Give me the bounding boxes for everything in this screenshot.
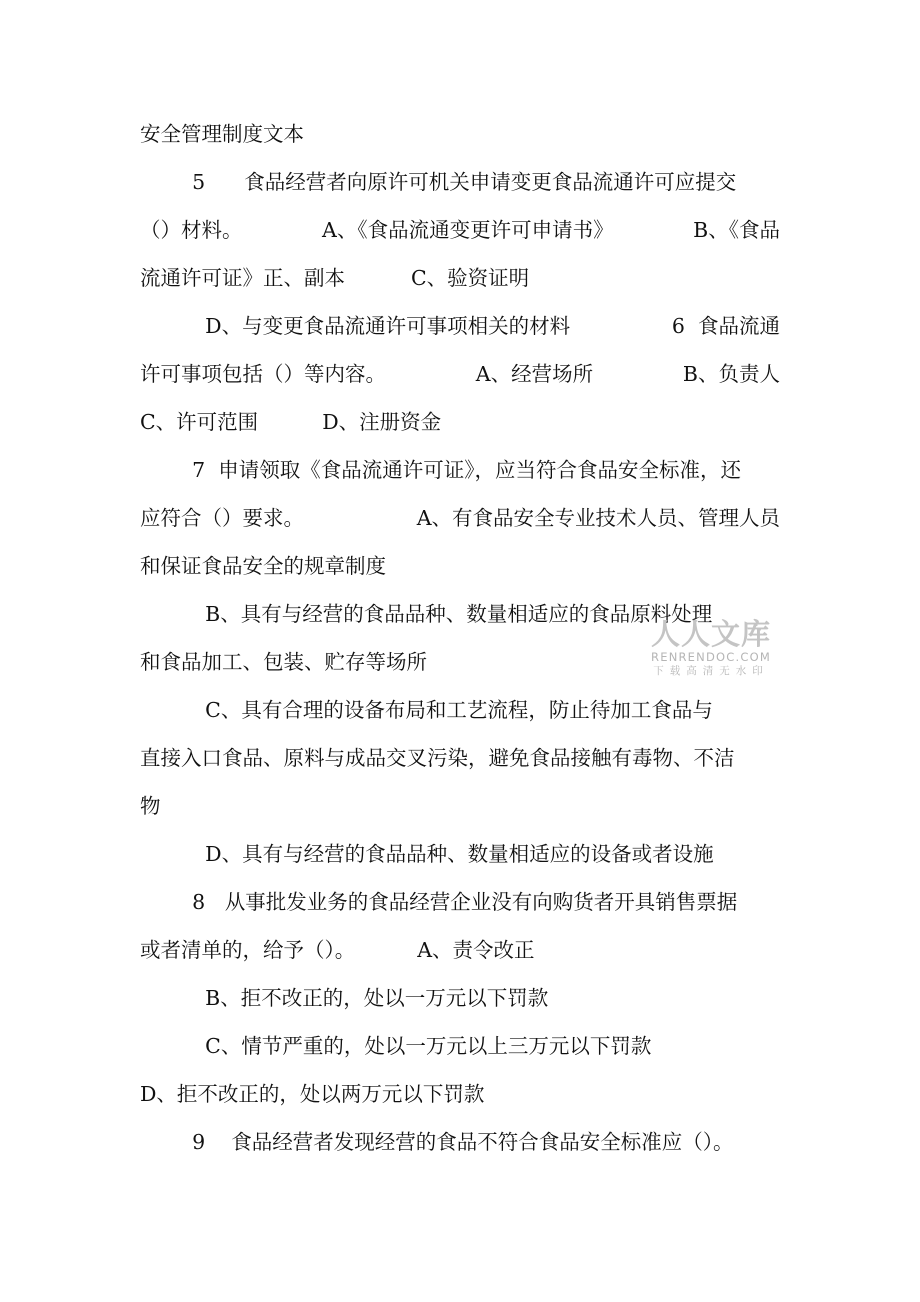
option-a: A、《食品流通变更许可申请书》 [322,218,614,242]
text-line: 7 申请领取《食品流通许可证》，应当符合食品安全标准，还 [140,458,741,482]
question-8-option-c: C、情节严重的，处以一万元以上三万元以下罚款 [140,1034,780,1058]
question-5-stem: 5 食品经营者向原许可机关申请变更食品流通许可应提交 [140,170,780,194]
option-a: A、有食品安全专业技术人员、管理人员 [417,506,780,530]
question-6-options-cd: C、许可范围 D、注册资金 [140,410,780,434]
text-line: 和食品加工、包装、贮存等场所 [140,650,427,674]
watermark-domain: RENRENDOC.COM [650,650,772,664]
text-segment: 许可事项包括（）等内容。 [140,362,386,386]
text-line: 物 [140,794,161,818]
option-b: B、拒不改正的，处以一万元以下罚款 [140,986,548,1010]
text-line: 物 [140,794,780,818]
question-7-option-c: C、具有合理的设备布局和工艺流程，防止待加工食品与 [140,698,780,722]
option-b: B、具有与经营的食品品种、数量相适应的食品原料处理 [140,602,712,626]
text-segment: 流通许可证》正、副本 [140,266,345,290]
question-8-option-b: B、拒不改正的，处以一万元以下罚款 [140,986,780,1010]
option-d: D、注册资金 [322,410,441,434]
option-d: D、拒不改正的，处以两万元以下罚款 [140,1082,484,1106]
question-7-stem: 7 申请领取《食品流通许可证》，应当符合食品安全标准，还 [140,458,780,482]
text-line: 直接入口食品、原料与成品交叉污染，避免食品接触有毒物、不洁 [140,746,780,770]
question-8-option-a: 或者清单的，给予（）。 A、责令改正 [140,938,780,962]
question-8-stem: 8 从事批发业务的食品经营企业没有向购货者开具销售票据 [140,890,780,914]
question-6-options-ab: 许可事项包括（）等内容。 A、经营场所 B、负责人 [140,362,780,386]
option-d: D、与变更食品流通许可事项相关的材料 [140,314,570,338]
option-c: C、许可范围 [140,410,258,434]
text-line: 和保证食品安全的规章制度 [140,554,386,578]
text-line: 9 食品经营者发现经营的食品不符合食品安全标准应（）。 [140,1130,734,1154]
option-c: C、具有合理的设备布局和工艺流程，防止待加工食品与 [140,698,713,722]
text-line: 直接入口食品、原料与成品交叉污染，避免食品接触有毒物、不洁 [140,746,735,770]
question-5-option-d-question-6: D、与变更食品流通许可事项相关的材料 6 食品流通 [140,314,780,338]
option-b: B、负责人 [683,362,780,386]
question-9-stem: 9 食品经营者发现经营的食品不符合食品安全标准应（）。 [140,1130,780,1154]
question-5-options-bc: 流通许可证》正、副本 C、验资证明 [140,266,780,290]
option-b: B、《食品 [693,218,780,242]
question-5-options-ab: （）材料。 A、《食品流通变更许可申请书》 B、《食品 [140,218,780,242]
text-line: 5 食品经营者向原许可机关申请变更食品流通许可应提交 [140,170,736,194]
question-6-stem: 6 食品流通 [672,314,780,338]
option-d: D、具有与经营的食品品种、数量相适应的设备或者设施 [140,842,714,866]
watermark-logo: 人人文库 [650,618,772,650]
text-segment: 应符合（）要求。 [140,506,304,530]
text-segment: 或者清单的，给予（）。 [140,938,355,962]
option-a: A、经营场所 [476,362,593,386]
text-line: 安全管理制度文本 [140,122,304,146]
option-a: A、责令改正 [417,938,534,962]
text-line: 和保证食品安全的规章制度 [140,554,780,578]
text-segment: （）材料。 [140,218,243,242]
text-line: 8 从事批发业务的食品经营企业没有向购货者开具销售票据 [140,890,737,914]
question-7-option-d: D、具有与经营的食品品种、数量相适应的设备或者设施 [140,842,780,866]
option-c: C、情节严重的，处以一万元以上三万元以下罚款 [140,1034,651,1058]
question-8-option-d: D、拒不改正的，处以两万元以下罚款 [140,1082,780,1106]
watermark: 人人文库 RENRENDOC.COM 下载高清无水印 [650,618,772,678]
document-page: 安全管理制度文本 5 食品经营者向原许可机关申请变更食品流通许可应提交 （）材料… [0,0,920,1302]
question-7-option-a: 应符合（）要求。 A、有食品安全专业技术人员、管理人员 [140,506,780,530]
watermark-slogan: 下载高清无水印 [650,664,772,678]
document-title: 安全管理制度文本 [140,122,780,146]
option-c: C、验资证明 [411,266,529,290]
